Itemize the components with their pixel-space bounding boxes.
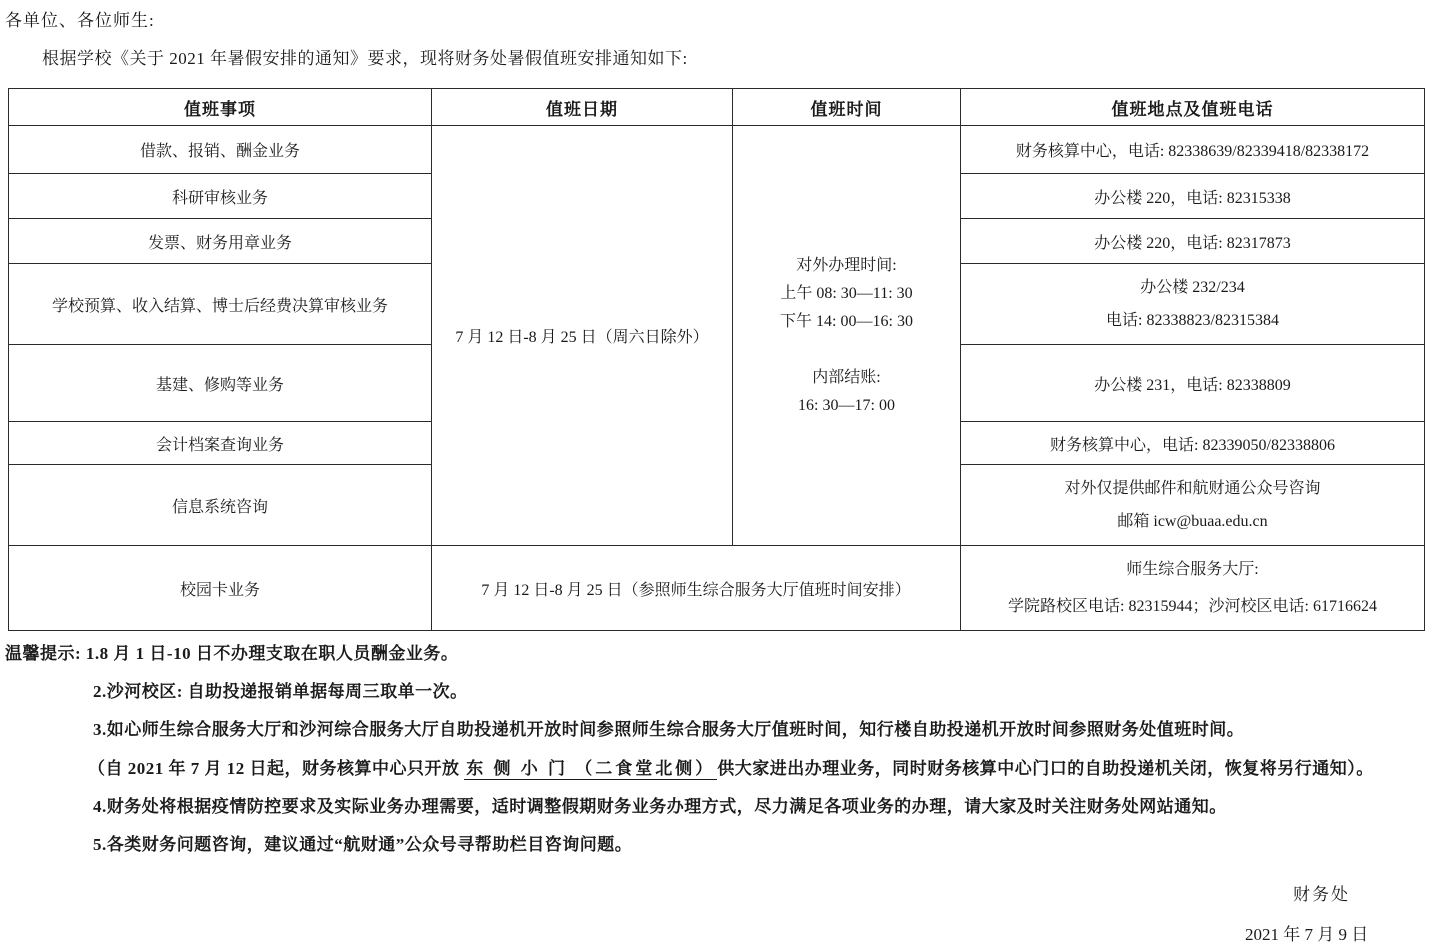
time-line-spacer: [737, 336, 956, 364]
note-line-3: 3.如心师生综合服务大厅和沙河综合服务大厅自助投递机开放时间参照师生综合服务大厅…: [93, 715, 1244, 740]
location-line: 邮箱 icw@buaa.edu.cn: [965, 505, 1420, 538]
footer-signature: 财务处: [1293, 880, 1350, 905]
duty-item-cell-6: 会计档案查询业务: [9, 422, 432, 465]
duty-location-cell-2: 办公楼 220，电话: 82315338: [961, 174, 1425, 219]
table-row: 校园卡业务 7 月 12 日-8 月 25 日（参照师生综合服务大厅值班时间安排…: [9, 546, 1425, 631]
location-line: 办公楼 232/234: [965, 271, 1420, 304]
duty-date-cell: 7 月 12 日-8 月 25 日（周六日除外）: [432, 126, 733, 546]
note-line-3b: （自 2021 年 7 月 12 日起，财务核算中心只开放 东 侧 小 门 （二…: [88, 754, 1374, 779]
duty-location-cell-8: 师生综合服务大厅: 学院路校区电话: 82315944；沙河校区电话: 6171…: [961, 546, 1425, 631]
duty-location-cell-1: 财务核算中心，电话: 82338639/82339418/82338172: [961, 126, 1425, 174]
duty-time-cell: 对外办理时间: 上午 08: 30—11: 30 下午 14: 00—16: 3…: [733, 126, 961, 546]
duty-item-cell-2: 科研审核业务: [9, 174, 432, 219]
east-gate-underline: 东 侧 小 门 （二食堂北侧）: [464, 759, 717, 780]
location-line: 师生综合服务大厅:: [965, 551, 1420, 588]
note-line-5: 5.各类财务问题咨询，建议通过“航财通”公众号寻帮助栏目咨询问题。: [93, 830, 632, 855]
note-3b-post: 供大家进出办理业务，同时财务核算中心门口的自助投递机关闭，恢复将另行通知）。: [717, 759, 1374, 778]
time-line: 16: 30—17: 00: [737, 392, 956, 420]
header-cell-date: 值班日期: [432, 89, 733, 126]
note-3b-pre: （自 2021 年 7 月 12 日起，财务核算中心只开放: [88, 759, 464, 778]
notice-page: 各单位、各位师生: 根据学校《关于 2021 年暑假安排的通知》要求，现将财务处…: [0, 0, 1430, 949]
intro-paragraph: 根据学校《关于 2021 年暑假安排的通知》要求，现将财务处暑假值班安排通知如下…: [42, 44, 688, 69]
table-header-row: 值班事项 值班日期 值班时间 值班地点及值班电话: [9, 89, 1425, 126]
time-line: 内部结账:: [737, 364, 956, 392]
duty-location-cell-5: 办公楼 231，电话: 82338809: [961, 345, 1425, 422]
duty-item-cell-1: 借款、报销、酬金业务: [9, 126, 432, 174]
header-cell-time: 值班时间: [733, 89, 961, 126]
note-line-1: 温馨提示: 1.8 月 1 日-10 日不办理支取在职人员酬金业务。: [5, 639, 458, 664]
note-line-4: 4.财务处将根据疫情防控要求及实际业务办理需要，适时调整假期财务业务办理方式，尽…: [93, 792, 1227, 817]
duty-datetime-cell: 7 月 12 日-8 月 25 日（参照师生综合服务大厅值班时间安排）: [432, 546, 961, 631]
duty-item-cell-4: 学校预算、收入结算、博士后经费决算审核业务: [9, 264, 432, 345]
duty-location-cell-4: 办公楼 232/234 电话: 82338823/82315384: [961, 264, 1425, 345]
duty-location-cell-7: 对外仅提供邮件和航财通公众号咨询 邮箱 icw@buaa.edu.cn: [961, 465, 1425, 546]
location-line: 对外仅提供邮件和航财通公众号咨询: [965, 472, 1420, 505]
salutation-line: 各单位、各位师生:: [5, 6, 155, 31]
location-line: 学院路校区电话: 82315944；沙河校区电话: 61716624: [965, 588, 1420, 625]
time-line: 下午 14: 00—16: 30: [737, 308, 956, 336]
time-line: 对外办理时间:: [737, 252, 956, 280]
location-line: 电话: 82338823/82315384: [965, 304, 1420, 337]
note-line-2: 2.沙河校区: 自助投递报销单据每周三取单一次。: [93, 677, 468, 702]
notes-label: 温馨提示:: [5, 644, 86, 663]
footer-date: 2021 年 7 月 9 日: [1245, 920, 1368, 945]
note-1-text: 1.8 月 1 日-10 日不办理支取在职人员酬金业务。: [86, 644, 458, 663]
time-line: 上午 08: 30—11: 30: [737, 280, 956, 308]
duty-item-cell-8: 校园卡业务: [9, 546, 432, 631]
header-cell-location: 值班地点及值班电话: [961, 89, 1425, 126]
duty-item-cell-5: 基建、修购等业务: [9, 345, 432, 422]
duty-item-cell-3: 发票、财务用章业务: [9, 219, 432, 264]
table-row: 借款、报销、酬金业务 7 月 12 日-8 月 25 日（周六日除外） 对外办理…: [9, 126, 1425, 174]
duty-location-cell-6: 财务核算中心，电话: 82339050/82338806: [961, 422, 1425, 465]
duty-location-cell-3: 办公楼 220，电话: 82317873: [961, 219, 1425, 264]
header-cell-item: 值班事项: [9, 89, 432, 126]
duty-schedule-table: 值班事项 值班日期 值班时间 值班地点及值班电话 借款、报销、酬金业务 7 月 …: [8, 88, 1425, 631]
duty-item-cell-7: 信息系统咨询: [9, 465, 432, 546]
